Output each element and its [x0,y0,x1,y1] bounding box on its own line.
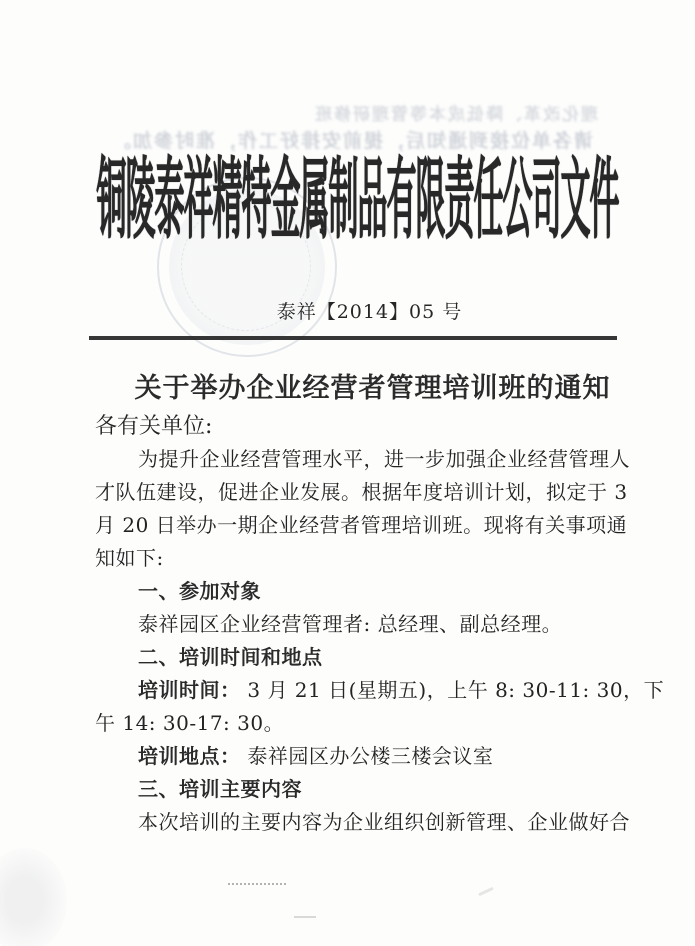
body-line: 培训时间： 3 月 21 日(星期五)，上午 8: 30-11: 30，下 [95,674,615,707]
document-body: 各有关单位:为提升企业经营管理水平，进一步加强企业经营管理人才队伍建设，促进企业… [95,410,615,839]
body-line: 知如下: [95,542,615,575]
body-line: 才队伍建设，促进企业发展。根据年度培训计划，拟定于 3 [95,476,615,509]
notice-title: 关于举办企业经营者管理培训班的通知 [25,366,695,405]
body-heading-text: 三、培训主要内容 [138,779,302,801]
ghost-seal-stamp [157,177,337,357]
body-line: 三、培训主要内容 [95,773,615,806]
body-line: 月 20 日举办一期企业经营者管理培训班。现将有关事项通 [95,509,615,542]
body-text: 知如下: [95,546,164,570]
body-line: 培训地点： 泰祥园区办公楼三楼会议室 [95,740,615,773]
body-text: 3 月 21 日(星期五)，上午 8: 30-11: 30，下 [241,678,665,702]
body-text: 本次培训的主要内容为企业组织创新管理、企业做好合 [138,810,630,834]
body-line: 午 14: 30-17: 30。 [95,707,615,740]
body-text: 才队伍建设，促进企业发展。根据年度培训计划，拟定于 3 [95,480,628,504]
body-text: 泰祥园区办公楼三楼会议室 [241,744,494,768]
body-line: 本次培训的主要内容为企业组织创新管理、企业做好合 [95,806,615,839]
header-separator-rule [89,336,617,340]
bleedthrough-text-line-2: 请各单位接到通知后，提前安排好工作，准时参加。 [133,126,593,153]
body-heading-text: 一、参加对象 [138,581,261,603]
company-name-headline: 铜陵泰祥精特金属制品有限责任公司文件 [97,159,619,248]
body-line: 各有关单位: [95,410,615,443]
body-text: 各有关单位: [95,414,212,439]
scanned-document-page: 理化改革、降低成本等管理研修班 请各单位接到通知后，提前安排好工作，准时参加。 … [0,0,695,946]
letterhead: 铜陵泰祥精特金属制品有限责任公司文件 [0,159,695,189]
body-line: 泰祥园区企业经营管理者: 总经理、副总经理。 [95,608,615,641]
body-text: 月 20 日举办一期企业经营者管理培训班。现将有关事项通 [95,513,627,537]
body-line: 一、参加对象 [95,575,615,608]
scan-smudge-swirl [0,848,67,946]
body-text: 为提升企业经营管理水平，进一步加强企业经营管理人 [138,447,630,471]
bleedthrough-text-line-1: 理化改革、降低成本等管理研修班 [268,100,598,125]
body-heading-text: 二、培训时间和地点 [138,647,323,669]
document-number: 泰祥【2014】05 号 [22,297,695,324]
body-line: 二、培训时间和地点 [95,641,615,674]
scan-smudge-dashes [228,883,286,885]
scan-smudge-mark [478,887,494,896]
body-line: 为提升企业经营管理水平，进一步加强企业经营管理人 [95,443,615,476]
body-heading-text: 培训时间： [138,680,241,702]
body-text: 午 14: 30-17: 30。 [95,711,284,735]
body-heading-text: 培训地点： [138,746,241,768]
body-text: 泰祥园区企业经营管理者: 总经理、副总经理。 [138,612,562,636]
scan-smudge-dash [294,916,316,918]
